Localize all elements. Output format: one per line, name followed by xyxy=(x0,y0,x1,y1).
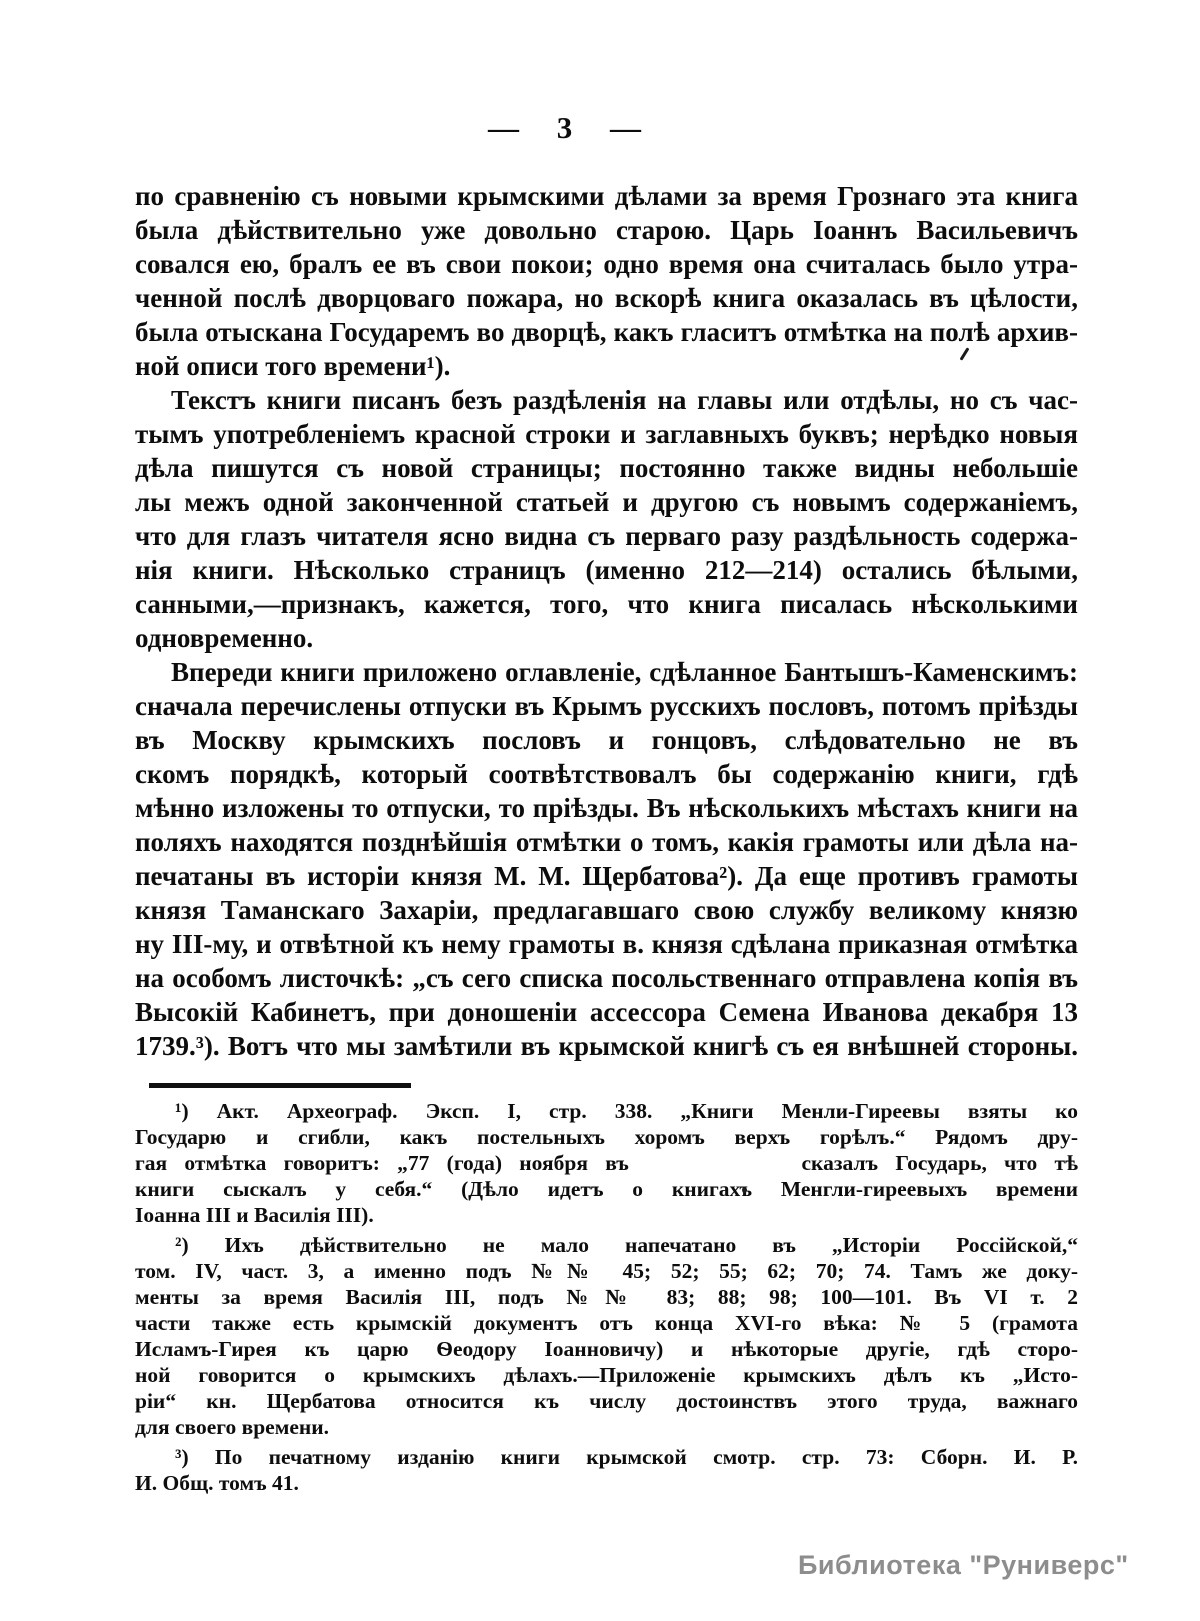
paragraph: Впереди книги приложено оглавленіе, сдѣл… xyxy=(135,655,1078,1063)
page-number: — 3 — xyxy=(0,110,1130,146)
text-line: князя Таманскаго Захаріи, предлагавшаго … xyxy=(135,893,1078,927)
footnotes: ¹) Акт. Археограф. Эксп. I, стр. 338. „К… xyxy=(135,1098,1078,1500)
text-line: Государю и сгибли, какъ постельныхъ хоро… xyxy=(135,1124,1078,1150)
body-text: по сравненію съ новыми крымскими дѣлами … xyxy=(135,179,1078,1063)
text-line: дѣла пишутся съ новой страницы; постоянн… xyxy=(135,451,1078,485)
text-line: скомъ порядкѣ, который соотвѣтствовалъ б… xyxy=(135,757,1078,791)
text-line: ріи“ кн. Щербатова относится къ числу до… xyxy=(135,1388,1078,1414)
text-line: тымъ употребленіемъ красной строки и заг… xyxy=(135,417,1078,451)
paragraph: Текстъ книги писанъ безъ раздѣленія на г… xyxy=(135,383,1078,655)
text-line: ну III-му, и отвѣтной къ нему грамоты в.… xyxy=(135,927,1078,961)
text-line: Впереди книги приложено оглавленіе, сдѣл… xyxy=(135,655,1078,689)
text-line: на особомъ листочкѣ: „съ сего списка пос… xyxy=(135,961,1078,995)
text-line: что для глазъ читателя ясно видна съ пер… xyxy=(135,519,1078,553)
text-line: была отыскана Государемъ во дворцѣ, какъ… xyxy=(135,315,1078,349)
text-line: въ Москву крымскихъ пословъ и гонцовъ, с… xyxy=(135,723,1078,757)
text-line: 1739.³). Вотъ что мы замѣтили въ крымско… xyxy=(135,1029,1078,1063)
text-line: части также есть крымскій документъ отъ … xyxy=(135,1310,1078,1336)
text-line: И. Общ. томъ 41. xyxy=(135,1470,1078,1496)
text-line: Высокій Кабинетъ, при доношеніи ассессор… xyxy=(135,995,1078,1029)
text-line: совался ею, бралъ ее въ свои покои; одно… xyxy=(135,247,1078,281)
text-line: одновременно. xyxy=(135,621,1078,655)
text-line: гая отмѣтка говоритъ: „77 (года) ноября … xyxy=(135,1150,1078,1176)
text-line: Исламъ-Гирея къ царю Ѳеодору Іоанновичу)… xyxy=(135,1336,1078,1362)
library-watermark: Библиотека "Руниверс" xyxy=(798,1550,1129,1581)
text-line: санными,—признакъ, кажется, того, что кн… xyxy=(135,587,1078,621)
scan-speck xyxy=(742,1187,747,1193)
text-line: мѣнно изложены то отпуски, то пріѣзды. В… xyxy=(135,791,1078,825)
text-line: для своего времени. xyxy=(135,1414,1078,1440)
text-line: сначала перечислены отпуски въ Крымъ рус… xyxy=(135,689,1078,723)
paragraph: по сравненію съ новыми крымскими дѣлами … xyxy=(135,179,1078,383)
text-line: лы межъ одной законченной статьей и друг… xyxy=(135,485,1078,519)
text-line: Текстъ книги писанъ безъ раздѣленія на г… xyxy=(135,383,1078,417)
text-line: ной говорится о крымскихъ дѣлахъ.—Прилож… xyxy=(135,1362,1078,1388)
text-line: ²) Ихъ дѣйствительно не мало напечатано … xyxy=(135,1232,1078,1258)
text-line: нія книги. Нѣсколько страницъ (именно 21… xyxy=(135,553,1078,587)
footnote: ¹) Акт. Археограф. Эксп. I, стр. 338. „К… xyxy=(135,1098,1078,1228)
text-line: печатаны въ исторіи князя М. М. Щербатов… xyxy=(135,859,1078,893)
text-line: менты за время Василія III, подъ №№ 83; … xyxy=(135,1284,1078,1310)
text-line: была дѣйствительно уже довольно старою. … xyxy=(135,213,1078,247)
text-line: ¹) Акт. Археограф. Эксп. I, стр. 338. „К… xyxy=(135,1098,1078,1124)
text-line: по сравненію съ новыми крымскими дѣлами … xyxy=(135,179,1078,213)
footnote: ²) Ихъ дѣйствительно не мало напечатано … xyxy=(135,1232,1078,1440)
scanned-book-page: — 3 — по сравненію съ новыми крымскими д… xyxy=(0,0,1200,1621)
footnote-separator-rule xyxy=(149,1083,411,1088)
text-line: книги сыскалъ у себя.“ (Дѣло идетъ о кни… xyxy=(135,1176,1078,1202)
text-line: ной описи того времени¹). xyxy=(135,349,1078,383)
text-line: том. IV, част. 3, а именно подъ №№ 45; 5… xyxy=(135,1258,1078,1284)
text-line: ченной послѣ дворцоваго пожара, но вскор… xyxy=(135,281,1078,315)
footnote: ³) По печатному изданію книги крымской с… xyxy=(135,1444,1078,1496)
text-line: ³) По печатному изданію книги крымской с… xyxy=(135,1444,1078,1470)
text-line: Іоанна III и Василія III). xyxy=(135,1202,1078,1228)
text-line: поляхъ находятся позднѣйшія отмѣтки о то… xyxy=(135,825,1078,859)
